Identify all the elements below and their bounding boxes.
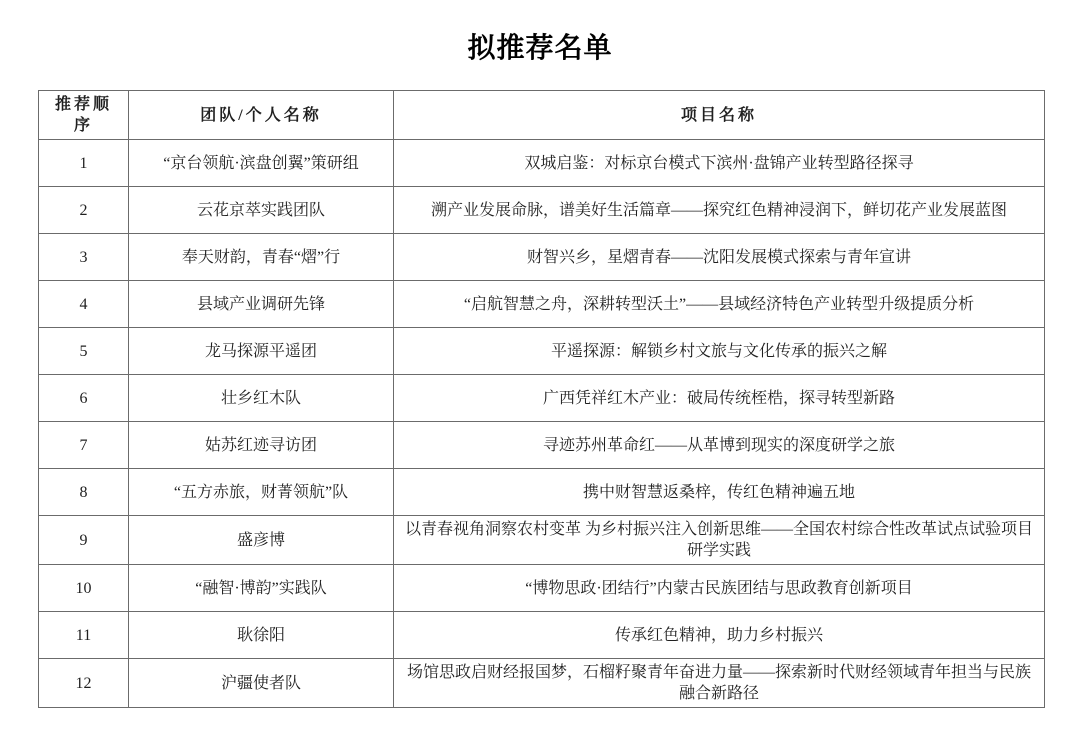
cell-team: 耿徐阳 <box>129 612 394 659</box>
table-row: 5龙马探源平遥团平遥探源：解锁乡村文旅与文化传承的振兴之解 <box>39 328 1045 375</box>
cell-team: 云花京萃实践团队 <box>129 187 394 234</box>
cell-team: 盛彦博 <box>129 516 394 565</box>
table-body: 1“京台领航·滨盘创翼”策研组双城启鉴：对标京台模式下滨州·盘锦产业转型路径探寻… <box>39 140 1045 708</box>
table-row: 6壮乡红木队广西凭祥红木产业：破局传统桎梏，探寻转型新路 <box>39 375 1045 422</box>
cell-project: “博物思政·团结行”内蒙古民族团结与思政教育创新项目 <box>394 565 1045 612</box>
cell-team: 县域产业调研先锋 <box>129 281 394 328</box>
table-row: 4县域产业调研先锋“启航智慧之舟，深耕转型沃土”——县域经济特色产业转型升级提质… <box>39 281 1045 328</box>
table-row: 11耿徐阳传承红色精神，助力乡村振兴 <box>39 612 1045 659</box>
cell-order: 10 <box>39 565 129 612</box>
cell-project: 传承红色精神，助力乡村振兴 <box>394 612 1045 659</box>
cell-project: 场馆思政启财经报国梦，石榴籽聚青年奋进力量——探索新时代财经领域青年担当与民族融… <box>394 659 1045 708</box>
cell-order: 5 <box>39 328 129 375</box>
cell-project: 以青春视角洞察农村变革 为乡村振兴注入创新思维——全国农村综合性改革试点试验项目… <box>394 516 1045 565</box>
cell-project: 财智兴乡，星熠青春——沈阳发展模式探索与青年宣讲 <box>394 234 1045 281</box>
cell-project: 寻迹苏州革命红——从革博到现实的深度研学之旅 <box>394 422 1045 469</box>
cell-order: 1 <box>39 140 129 187</box>
cell-order: 9 <box>39 516 129 565</box>
cell-project: 携中财智慧返桑梓，传红色精神遍五地 <box>394 469 1045 516</box>
cell-team: 龙马探源平遥团 <box>129 328 394 375</box>
table-row: 7姑苏红迹寻访团寻迹苏州革命红——从革博到现实的深度研学之旅 <box>39 422 1045 469</box>
cell-team: “融智·博韵”实践队 <box>129 565 394 612</box>
cell-order: 11 <box>39 612 129 659</box>
cell-project: 溯产业发展命脉，谱美好生活篇章——探究红色精神浸润下，鲜切花产业发展蓝图 <box>394 187 1045 234</box>
cell-team: “京台领航·滨盘创翼”策研组 <box>129 140 394 187</box>
cell-team: “五方赤旅，财菁领航”队 <box>129 469 394 516</box>
page-title: 拟推荐名单 <box>0 0 1080 90</box>
table-row: 9盛彦博以青春视角洞察农村变革 为乡村振兴注入创新思维——全国农村综合性改革试点… <box>39 516 1045 565</box>
table-row: 8“五方赤旅，财菁领航”队携中财智慧返桑梓，传红色精神遍五地 <box>39 469 1045 516</box>
cell-project: “启航智慧之舟，深耕转型沃土”——县域经济特色产业转型升级提质分析 <box>394 281 1045 328</box>
cell-order: 7 <box>39 422 129 469</box>
column-header-team: 团队/个人名称 <box>129 91 394 140</box>
cell-project: 平遥探源：解锁乡村文旅与文化传承的振兴之解 <box>394 328 1045 375</box>
cell-project: 广西凭祥红木产业：破局传统桎梏，探寻转型新路 <box>394 375 1045 422</box>
table-row: 10“融智·博韵”实践队“博物思政·团结行”内蒙古民族团结与思政教育创新项目 <box>39 565 1045 612</box>
table-row: 3奉天财韵，青春“熠”行财智兴乡，星熠青春——沈阳发展模式探索与青年宣讲 <box>39 234 1045 281</box>
document-page: 拟推荐名单 推荐顺序 团队/个人名称 项目名称 1“京台领航·滨盘创翼”策研组双… <box>0 0 1080 749</box>
column-header-order: 推荐顺序 <box>39 91 129 140</box>
cell-order: 6 <box>39 375 129 422</box>
cell-team: 沪疆使者队 <box>129 659 394 708</box>
cell-order: 2 <box>39 187 129 234</box>
table-row: 1“京台领航·滨盘创翼”策研组双城启鉴：对标京台模式下滨州·盘锦产业转型路径探寻 <box>39 140 1045 187</box>
cell-order: 4 <box>39 281 129 328</box>
cell-order: 3 <box>39 234 129 281</box>
cell-project: 双城启鉴：对标京台模式下滨州·盘锦产业转型路径探寻 <box>394 140 1045 187</box>
cell-team: 奉天财韵，青春“熠”行 <box>129 234 394 281</box>
cell-order: 12 <box>39 659 129 708</box>
table-row: 2云花京萃实践团队溯产业发展命脉，谱美好生活篇章——探究红色精神浸润下，鲜切花产… <box>39 187 1045 234</box>
recommendation-table: 推荐顺序 团队/个人名称 项目名称 1“京台领航·滨盘创翼”策研组双城启鉴：对标… <box>38 90 1045 708</box>
cell-team: 姑苏红迹寻访团 <box>129 422 394 469</box>
cell-team: 壮乡红木队 <box>129 375 394 422</box>
cell-order: 8 <box>39 469 129 516</box>
column-header-project: 项目名称 <box>394 91 1045 140</box>
header-row: 推荐顺序 团队/个人名称 项目名称 <box>39 91 1045 140</box>
table-row: 12沪疆使者队场馆思政启财经报国梦，石榴籽聚青年奋进力量——探索新时代财经领域青… <box>39 659 1045 708</box>
